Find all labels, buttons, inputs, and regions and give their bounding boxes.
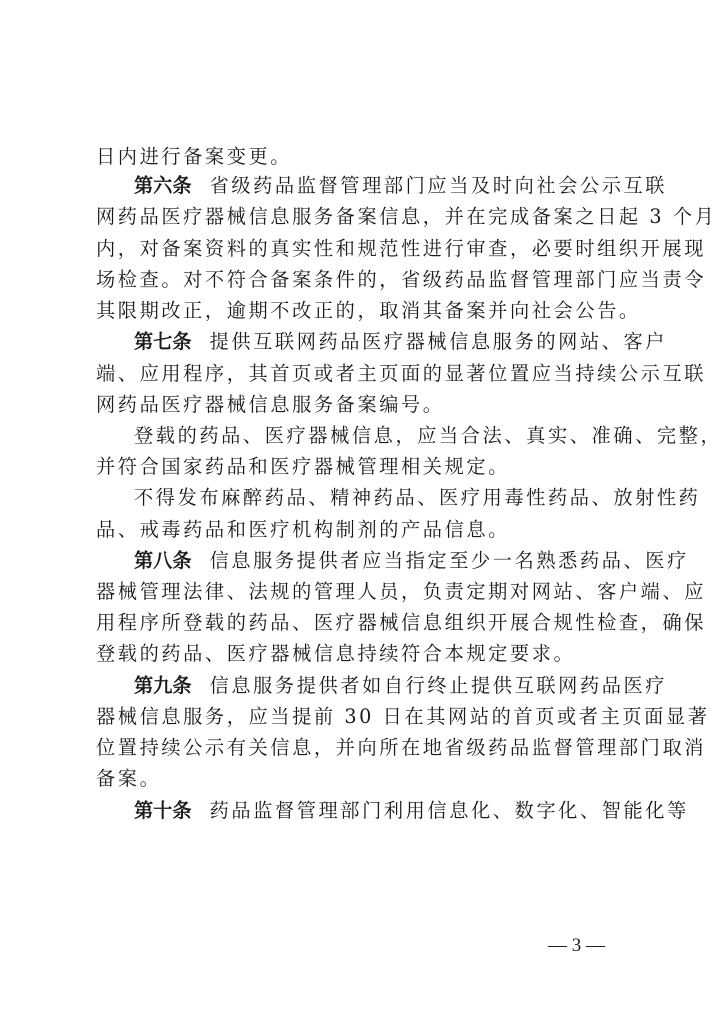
text-line: 备案。 [96,767,624,791]
article-10-heading-line: 第十条药品监督管理部门利用信息化、数字化、智能化等 [134,799,624,823]
line-text: 省级药品监督管理部门应当及时向社会公示互联 [210,174,668,197]
line-text: 端、应用程序，其首页或者主页面的显著位置应当持续公示互联 [96,362,706,385]
line-text: 用程序所登载的药品、医疗器械信息组织开展合规性检查，确保 [96,611,706,634]
text-line: 器械管理法律、法规的管理人员，负责定期对网站、客户端、应 [96,580,624,604]
line-text: 备案。 [96,767,161,790]
text-line: 并符合国家药品和医疗器械管理相关规定。 [96,455,624,479]
article-label: 第十条 [134,799,192,822]
text-line: 不得发布麻醉药品、精神药品、医疗用毒性药品、放射性药 [134,486,624,510]
article-6-heading-line: 第六条省级药品监督管理部门应当及时向社会公示互联 [134,174,624,198]
line-text: 并符合国家药品和医疗器械管理相关规定。 [96,455,510,478]
line-text: 信息服务提供者如自行终止提供互联网药品医疗 [210,674,668,697]
text-line: 端、应用程序，其首页或者主页面的显著位置应当持续公示互联 [96,362,624,386]
text-line: 网药品医疗器械信息服务备案信息，并在完成备案之日起 3 个月 [96,205,624,229]
article-label: 第七条 [134,330,192,353]
article-label: 第六条 [134,174,192,197]
line-text: 日内进行备案变更。 [96,145,292,168]
article-label: 第九条 [134,674,192,697]
text-line: 登载的药品、医疗器械信息，应当合法、真实、准确、完整， [134,424,624,448]
line-text: 网药品医疗器械信息服务备案信息，并在完成备案之日起 3 个月 [96,205,716,228]
line-text: 其限期改正，逾期不改正的，取消其备案并向社会公告。 [96,299,641,322]
line-text: 场检查。对不符合备案条件的，省级药品监督管理部门应当责令 [96,268,706,291]
text-line: 用程序所登载的药品、医疗器械信息组织开展合规性检查，确保 [96,611,624,635]
text-line: 场检查。对不符合备案条件的，省级药品监督管理部门应当责令 [96,268,624,292]
text-line: 日内进行备案变更。 [96,145,624,169]
article-9-heading-line: 第九条信息服务提供者如自行终止提供互联网药品医疗 [134,674,624,698]
line-text: 品、戒毒药品和医疗机构制剂的产品信息。 [96,518,510,541]
text-line: 内，对备案资料的真实性和规范性进行审查，必要时组织开展现 [96,237,624,261]
line-text: 提供互联网药品医疗器械信息服务的网站、客户 [210,330,668,353]
text-line: 其限期改正，逾期不改正的，取消其备案并向社会公告。 [96,299,624,323]
line-text: 器械信息服务，应当提前 30 日在其网站的首页或者主页面显著 [96,705,710,728]
text-line: 品、戒毒药品和医疗机构制剂的产品信息。 [96,518,624,542]
article-7-heading-line: 第七条提供互联网药品医疗器械信息服务的网站、客户 [134,330,624,354]
line-text: 登载的药品、医疗器械信息持续符合本规定要求。 [96,642,575,665]
line-text: 网药品医疗器械信息服务备案编号。 [96,393,445,416]
text-line: 器械信息服务，应当提前 30 日在其网站的首页或者主页面显著 [96,705,624,729]
line-text: 内，对备案资料的真实性和规范性进行审查，必要时组织开展现 [96,237,706,260]
line-text: 登载的药品、医疗器械信息，应当合法、真实、准确、完整， [134,424,720,447]
text-line: 登载的药品、医疗器械信息持续符合本规定要求。 [96,642,624,666]
text-line: 位置持续公示有关信息，并向所在地省级药品监督管理部门取消 [96,736,624,760]
line-text: 药品监督管理部门利用信息化、数字化、智能化等 [210,799,689,822]
text-line: 网药品医疗器械信息服务备案编号。 [96,393,624,417]
line-text: 器械管理法律、法规的管理人员，负责定期对网站、客户端、应 [96,580,706,603]
line-text: 位置持续公示有关信息，并向所在地省级药品监督管理部门取消 [96,736,706,759]
line-text: 不得发布麻醉药品、精神药品、医疗用毒性药品、放射性药 [134,486,700,509]
line-text: 信息服务提供者应当指定至少一名熟悉药品、医疗 [210,549,689,572]
document-page: 日内进行备案变更。 第六条省级药品监督管理部门应当及时向社会公示互联 网药品医疗… [0,0,720,1018]
article-label: 第八条 [134,549,192,572]
page-number: — 3 — [548,935,605,957]
article-8-heading-line: 第八条信息服务提供者应当指定至少一名熟悉药品、医疗 [134,549,624,573]
